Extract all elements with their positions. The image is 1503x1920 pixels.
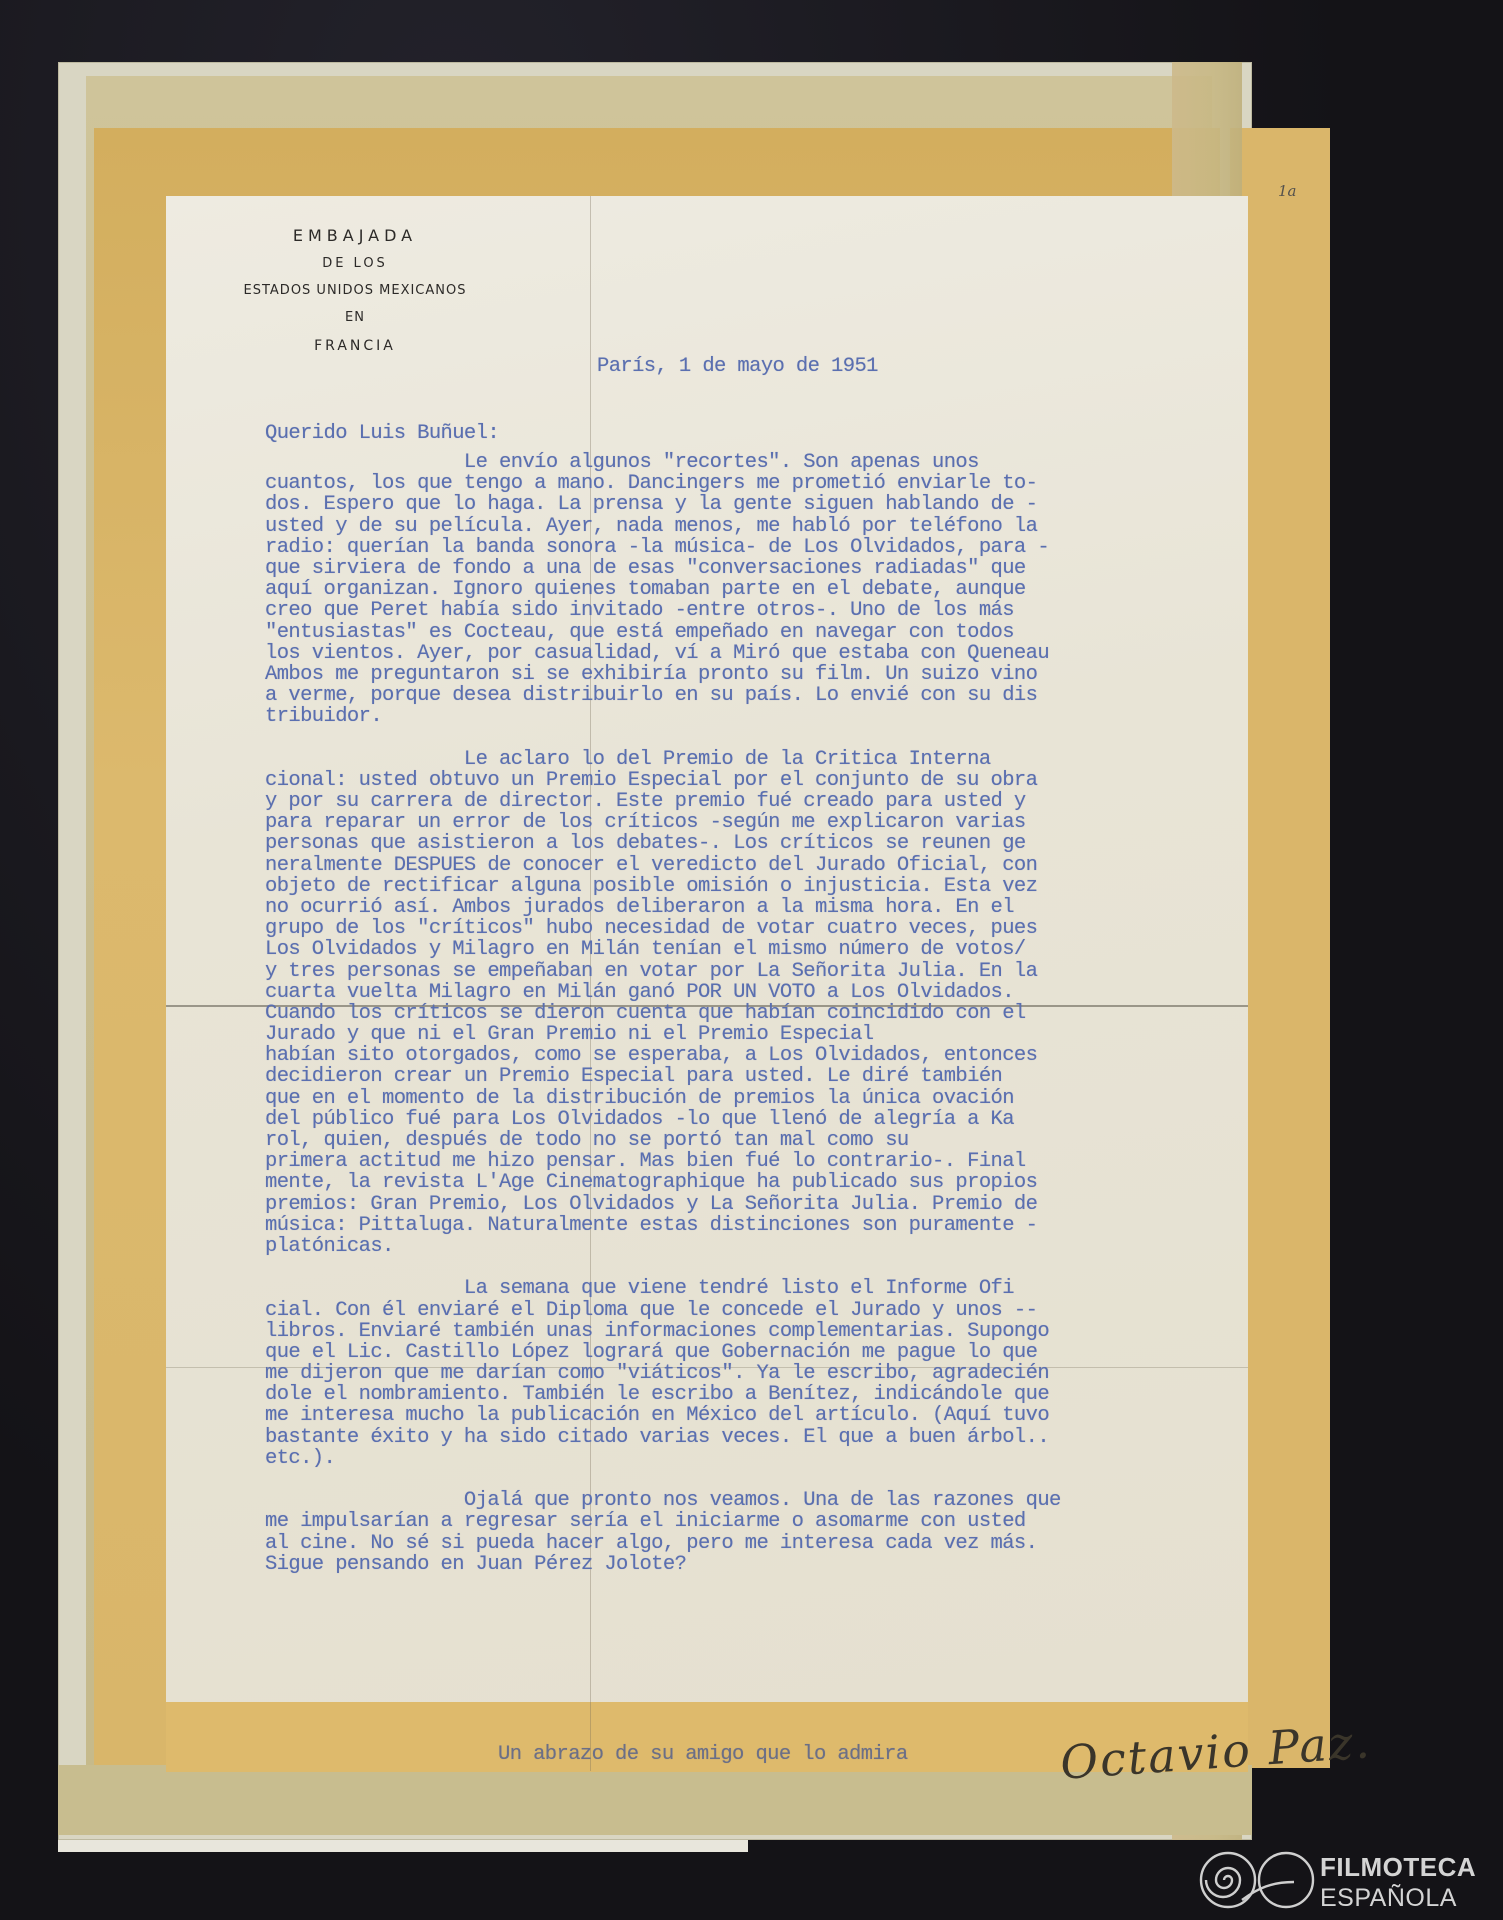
- letter-line: [265, 1469, 1061, 1490]
- letter-line: grupo de los "críticos" hubo necesidad d…: [265, 918, 1061, 939]
- letter-line: cional: usted obtuvo un Premio Especial …: [265, 770, 1061, 791]
- letter-line: que sirviera de fondo a una de esas "con…: [265, 558, 1061, 579]
- letter-line: tribuidor.: [265, 706, 1061, 727]
- letter-line: Le envío algunos "recortes". Son apenas …: [265, 452, 1061, 473]
- letter-line: Le aclaro lo del Premio de la Critica In…: [265, 749, 1061, 770]
- letter-salutation: Querido Luis Buñuel:: [265, 422, 499, 445]
- letterhead-line: EN: [205, 311, 505, 324]
- letter-line: me impulsarían a regresar sería el inici…: [265, 1511, 1061, 1532]
- letter-line: cuarta vuelta Milagro en Milán ganó POR …: [265, 982, 1061, 1003]
- letter-line: cuantos, los que tengo a mano. Dancinger…: [265, 473, 1061, 494]
- letter-line: Los Olvidados y Milagro en Milán tenían …: [265, 939, 1061, 960]
- filmoteca-watermark: FILMOTECA ESPAÑOLA: [1198, 1848, 1498, 1916]
- letter-line: etc.).: [265, 1448, 1061, 1469]
- letter-line: "entusiastas" es Cocteau, que está empeñ…: [265, 622, 1061, 643]
- letter-line: platónicas.: [265, 1236, 1061, 1257]
- bottom-white-strip: [58, 1840, 748, 1852]
- letter-line: música: Pittaluga. Naturalmente estas di…: [265, 1215, 1061, 1236]
- letter-line: para reparar un error de los críticos -s…: [265, 812, 1061, 833]
- logo-subtitle: ESPAÑOLA: [1320, 1884, 1457, 1913]
- letter-line: Jurado y que ni el Gran Premio ni el Pre…: [265, 1024, 1061, 1045]
- letter-line: dole el nombramiento. También le escribo…: [265, 1384, 1061, 1405]
- letter-line: aquí organizan. Ignoro quienes tomaban p…: [265, 579, 1061, 600]
- letter-line: los vientos. Ayer, por casualidad, ví a …: [265, 643, 1061, 664]
- letter-line: no ocurrió así. Ambos jurados deliberaro…: [265, 897, 1061, 918]
- letter-line: mente, la revista L'Age Cinematographiqu…: [265, 1172, 1061, 1193]
- letter-line: y por su carrera de director. Este premi…: [265, 791, 1061, 812]
- letter-line: dos. Espero que lo haga. La prensa y la …: [265, 494, 1061, 515]
- letter-line: personas que asistieron a los debates-. …: [265, 833, 1061, 854]
- letter-line: Cuando los críticos se dieron cuenta que…: [265, 1003, 1061, 1024]
- letter-line: premios: Gran Premio, Los Olvidados y La…: [265, 1194, 1061, 1215]
- letter-line: Sigue pensando en Juan Pérez Jolote?: [265, 1554, 1061, 1575]
- letter-line: habían sito otorgados, como se esperaba,…: [265, 1045, 1061, 1066]
- letter-line: cial. Con él enviaré el Diploma que le c…: [265, 1300, 1061, 1321]
- letter-line: Ambos me preguntaron si se exhibiría pro…: [265, 664, 1061, 685]
- filmoteca-spiral-logo-icon: [1198, 1848, 1316, 1912]
- letter-body: Le envío algunos "recortes". Son apenas …: [265, 452, 1061, 1575]
- letter-date: París, 1 de mayo de 1951: [597, 355, 878, 378]
- letter-line: creo que Peret había sido invitado -entr…: [265, 600, 1061, 621]
- letter-closing: Un abrazo de su amigo que lo admira: [498, 1743, 908, 1766]
- letter-line: al cine. No sé si pueda hacer algo, pero…: [265, 1533, 1061, 1554]
- letterhead-line: DE LOS: [205, 257, 505, 270]
- letterhead-line: EMBAJADA: [205, 228, 505, 244]
- letter-line: [265, 727, 1061, 748]
- letter-line: bastante éxito y ha sido citado varias v…: [265, 1427, 1061, 1448]
- letterhead-line: ESTADOS UNIDOS MEXICANOS: [205, 284, 505, 297]
- letter-line: Ojalá que pronto nos veamos. Una de las …: [265, 1490, 1061, 1511]
- letter-line: rol, quien, después de todo no se portó …: [265, 1130, 1061, 1151]
- letter-line: primera actitud me hizo pensar. Mas bien…: [265, 1151, 1061, 1172]
- letter-line: me interesa mucho la publicación en Méxi…: [265, 1405, 1061, 1426]
- letter-line: que en el momento de la distribución de …: [265, 1088, 1061, 1109]
- letterhead-line: FRANCIA: [205, 339, 505, 353]
- letter-line: libros. Enviaré también unas informacion…: [265, 1321, 1061, 1342]
- letter-line: objeto de rectificar alguna posible omis…: [265, 876, 1061, 897]
- letter-line: a verme, porque desea distribuirlo en su…: [265, 685, 1061, 706]
- letter-line: radio: querían la banda sonora -la músic…: [265, 537, 1061, 558]
- letter-line: La semana que viene tendré listo el Info…: [265, 1278, 1061, 1299]
- folio-mark: 1a: [1278, 182, 1297, 200]
- letter-line: decidieron crear un Premio Especial para…: [265, 1066, 1061, 1087]
- embassy-letterhead: EMBAJADA DE LOS ESTADOS UNIDOS MEXICANOS…: [205, 228, 505, 353]
- letter-line: usted y de su película. Ayer, nada menos…: [265, 516, 1061, 537]
- letter-line: y tres personas se empeñaban en votar po…: [265, 961, 1061, 982]
- letter-line: del público fué para Los Olvidados -lo q…: [265, 1109, 1061, 1130]
- letter-line: me dijeron que me darían como "viáticos"…: [265, 1363, 1061, 1384]
- logo-title: FILMOTECA: [1320, 1852, 1476, 1883]
- letter-line: que el Lic. Castillo López logrará que G…: [265, 1342, 1061, 1363]
- letter-line: neralmente DESPUES de conocer el veredic…: [265, 855, 1061, 876]
- letter-line: [265, 1257, 1061, 1278]
